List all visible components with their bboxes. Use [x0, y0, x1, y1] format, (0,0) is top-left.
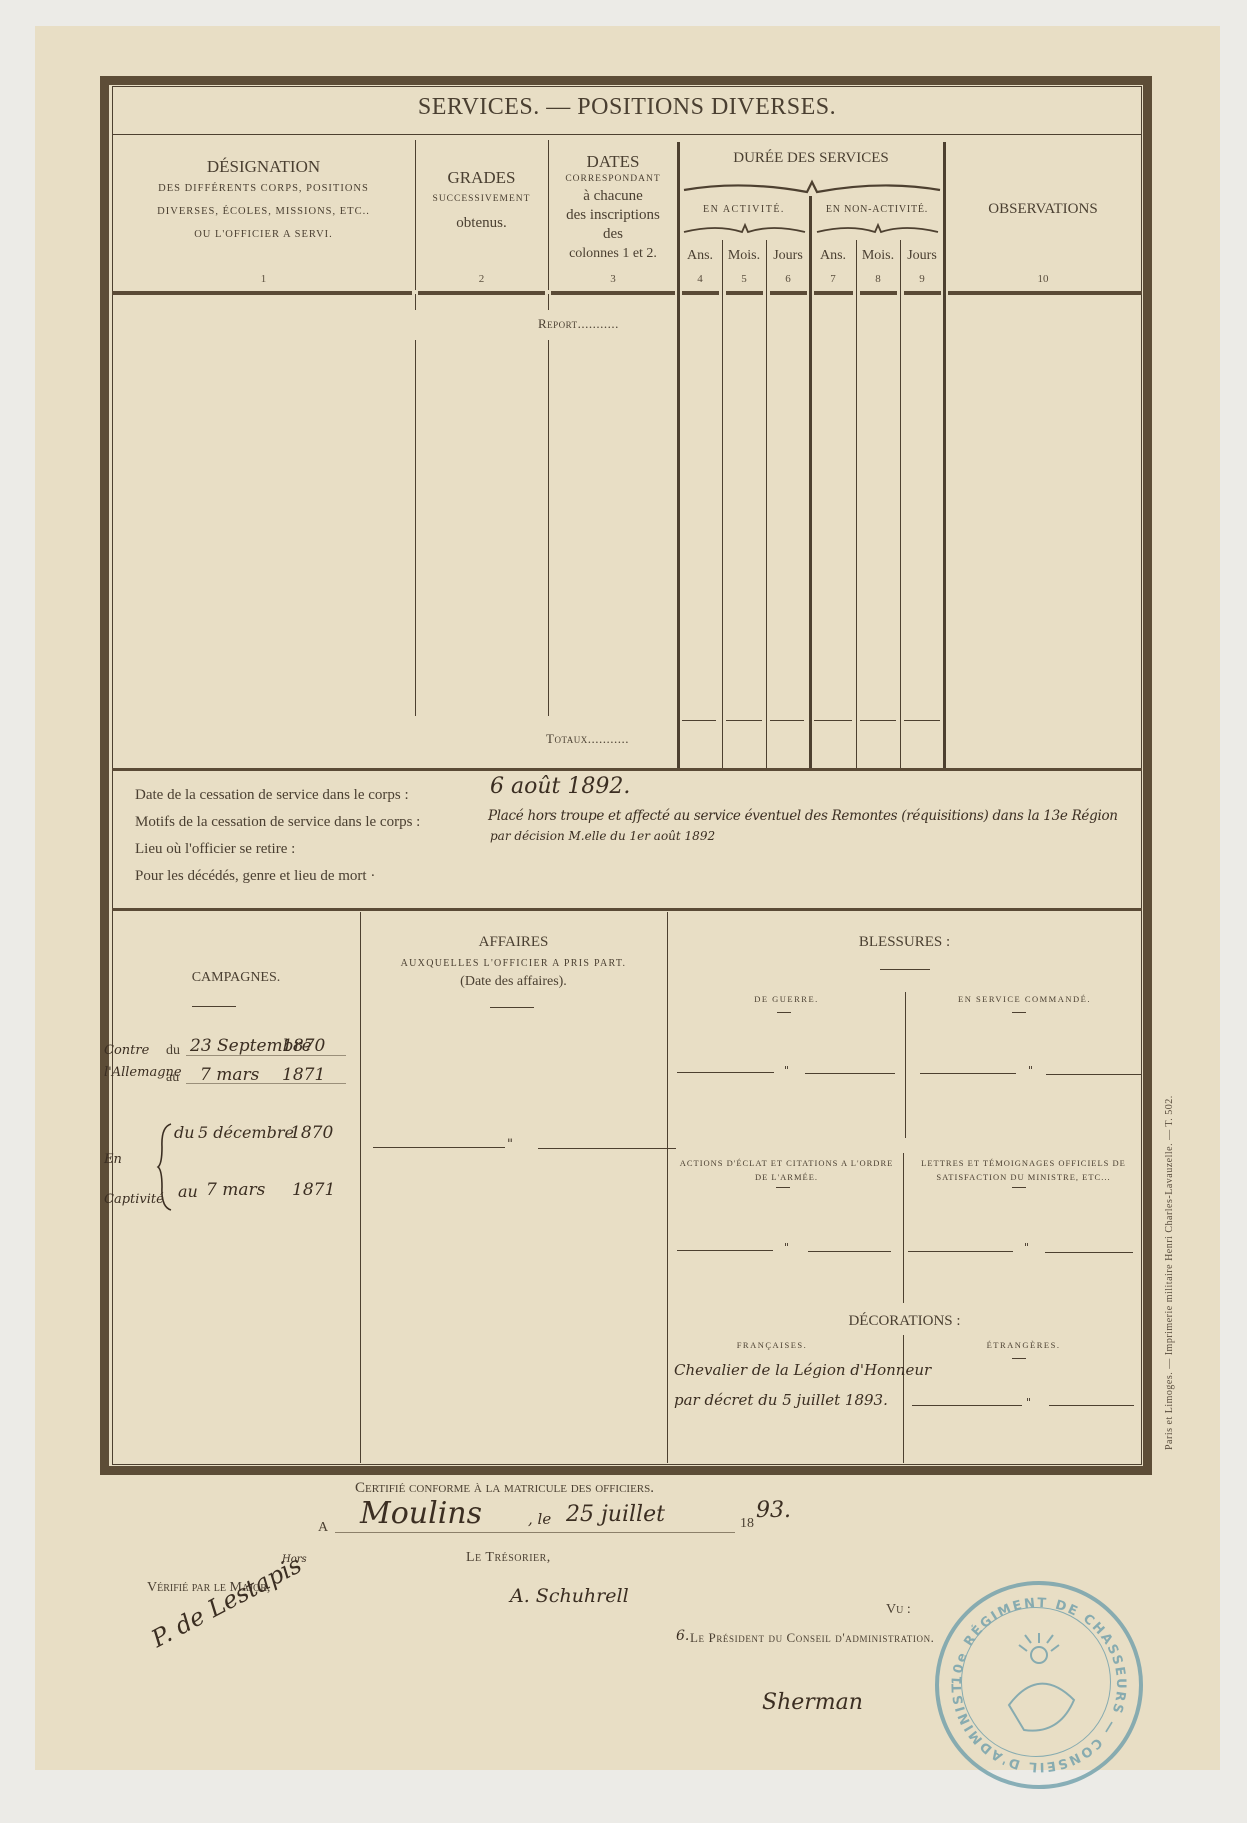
de-guerre-rule	[777, 1012, 791, 1013]
campagne-1-from-prefix: du	[166, 1043, 180, 1059]
de-guerre-rule-right	[805, 1073, 895, 1074]
sub-col-ans-2: Ans.	[810, 248, 856, 264]
year-suffix: 93.	[756, 1498, 791, 1523]
affaires-note: (Date des affaires).	[360, 974, 667, 990]
affaires-ditto-value: "	[507, 1137, 513, 1152]
col-divider-2-3-header	[548, 140, 549, 290]
col-num-2: 2	[415, 273, 548, 285]
campagnes-title-rule	[192, 1006, 236, 1007]
col-num-5: 5	[722, 273, 766, 285]
campagne-2-to-prefix: au	[178, 1182, 198, 1201]
col3-line4: des	[548, 225, 678, 244]
lettres-label-2: satisfaction du ministre, etc...	[905, 1170, 1142, 1184]
en-activite-label: EN ACTIVITÉ.	[678, 204, 810, 215]
affaires-blessures-divider	[667, 912, 668, 1463]
sub-col-mois-1: Mois.	[722, 248, 766, 264]
blessures-title: BLESSURES :	[667, 934, 1142, 951]
total-rule-8	[860, 720, 896, 721]
campagne-1-to-prefix: au	[166, 1070, 179, 1086]
activite-brace-icon	[682, 222, 807, 236]
sub-col-ans-1: Ans.	[678, 248, 722, 264]
de-guerre-ditto-value: "	[784, 1064, 789, 1077]
svg-text:10e RÉGIMENT DE CHASSEURS — CO: 10e RÉGIMENT DE CHASSEURS — CONSEIL D'AD…	[939, 1585, 1128, 1774]
president-signature: Sherman	[762, 1690, 863, 1715]
campagnes-affaires-divider	[360, 912, 361, 1463]
col-num-9: 9	[900, 273, 944, 285]
total-rule-5	[726, 720, 762, 721]
col-divider-5-6	[766, 240, 767, 768]
actions-eclat-rule-left	[677, 1250, 773, 1251]
col2-line1: successivement	[415, 188, 548, 211]
duree-brace-icon	[682, 176, 942, 196]
service-commande-rule-right	[1046, 1074, 1142, 1075]
en-non-activite-label: EN NON-ACTIVITÉ.	[810, 204, 944, 215]
header-col3: DATES correspondant à chacune des inscri…	[548, 152, 678, 263]
affaires-rule-right	[538, 1148, 668, 1149]
service-commande-rule	[1012, 1012, 1026, 1013]
col3-line5: colonnes 1 et 2.	[548, 244, 678, 263]
col-divider-2-3-top	[548, 294, 549, 310]
actions-eclat-label: actions d'éclat et citations a l'ordre d…	[670, 1156, 903, 1184]
lettres-rule	[1012, 1187, 1026, 1188]
col-divider-2-3	[548, 340, 549, 716]
header-rule-4	[682, 291, 719, 295]
lettres-label-1: lettres et témoignages officiels de	[905, 1156, 1142, 1170]
actions-eclat-label-2: de l'armée.	[670, 1170, 903, 1184]
place-value: Moulins	[360, 1496, 482, 1531]
etrangeres-rule-left	[912, 1405, 1022, 1406]
affaires-title-rule	[490, 1007, 534, 1008]
affaires-rule-left	[373, 1147, 505, 1148]
actions-eclat-rule	[776, 1187, 790, 1188]
de-guerre-rule-left	[677, 1072, 774, 1073]
decorations-title: DÉCORATIONS :	[667, 1313, 1142, 1330]
year-prefix: 18	[740, 1516, 754, 1532]
lettres-rule-left	[908, 1251, 1013, 1252]
blessures-service-commande-label: en service commandé.	[907, 994, 1142, 1004]
header-rule-1	[112, 291, 412, 295]
col-num-10: 10	[944, 273, 1142, 285]
col1-line3: ou l'officier a servi.	[112, 223, 415, 246]
header-rule-7	[814, 291, 853, 295]
regiment-stamp-icon: 10e RÉGIMENT DE CHASSEURS — CONSEIL D'AD…	[935, 1581, 1143, 1789]
non-activite-brace-icon	[815, 222, 940, 236]
campagne-2-to: 7 mars	[206, 1180, 265, 1200]
certifie-text: Certifié conforme à la matricule des off…	[355, 1480, 654, 1497]
total-rule-7	[814, 720, 852, 721]
place-date-rule	[335, 1532, 735, 1533]
sub-col-mois-2: Mois.	[856, 248, 900, 264]
decorations-francaises-label: françaises.	[697, 1340, 847, 1350]
date-le: , le	[528, 1510, 551, 1528]
blessures-de-guerre-label: de guerre.	[670, 994, 903, 1004]
totaux-label: Totaux...........	[546, 731, 629, 747]
lettres-ditto-value: "	[1024, 1241, 1029, 1254]
campagne-2-from-prefix: du	[174, 1123, 195, 1142]
campagne-2-from: 5 décembre	[198, 1123, 294, 1142]
col1-line1: des différents corps, positions	[112, 177, 415, 200]
col2-title: GRADES	[415, 168, 548, 188]
actions-eclat-rule-right	[808, 1251, 891, 1252]
blessures-mid-divider-top	[905, 992, 906, 1138]
col-num-8: 8	[856, 273, 900, 285]
actions-eclat-ditto-value: "	[784, 1241, 789, 1254]
decorations-etrangeres-label: étrangères.	[905, 1340, 1142, 1350]
col3-title: DATES	[548, 152, 678, 172]
header-rule-8	[860, 291, 897, 295]
president-label: Le Président du Conseil d'administration…	[690, 1630, 935, 1646]
etrangeres-rule	[1012, 1358, 1026, 1359]
total-rule-6	[770, 720, 804, 721]
col-divider-9-10	[943, 142, 946, 768]
sub-col-jours-2: Jours	[900, 248, 944, 264]
tresorier-signature: A. Schuhrell	[510, 1585, 629, 1607]
report-label: Report...........	[538, 316, 619, 332]
cessation-bottom-rule	[112, 908, 1142, 911]
cessation-lieu-label: Lieu où l'officier se retire :	[135, 841, 295, 858]
vu-label: Vu :	[886, 1602, 911, 1618]
cessation-motifs-value: Placé hors troupe et affecté au service …	[488, 808, 1118, 824]
col-divider-1-2-top	[415, 294, 416, 310]
page-title: SERVICES. — POSITIONS DIVERSES.	[112, 94, 1142, 121]
header-rule-9	[904, 291, 941, 295]
campagne-2-from-year: 1870	[290, 1123, 333, 1143]
decorations-francaises-value-2: par décret du 5 juillet 1893.	[674, 1391, 888, 1409]
decorations-francaises-value-1: Chevalier de la Légion d'Honneur	[674, 1361, 931, 1379]
col3-line3: des inscriptions	[548, 206, 678, 225]
stamp-text: 10e RÉGIMENT DE CHASSEURS — CONSEIL D'AD…	[939, 1585, 1128, 1774]
lettres-rule-right	[1045, 1252, 1133, 1253]
col-divider-3-4	[677, 142, 680, 768]
header-rule-5	[726, 291, 763, 295]
col-num-3: 3	[548, 273, 678, 285]
col3-line1: correspondant	[548, 172, 678, 187]
campagne-2-brace-icon	[156, 1122, 174, 1212]
printer-imprint: Paris et Limoges. — Imprimerie militaire…	[1164, 1095, 1175, 1450]
cessation-deces-label: Pour les décédés, genre et lieu de mort …	[135, 868, 375, 885]
blessures-tick	[660, 1148, 676, 1149]
observations-title: OBSERVATIONS	[944, 201, 1142, 218]
campagne-1-to-rule	[186, 1083, 346, 1084]
decorations-mid-divider	[903, 1335, 904, 1463]
affaires-subtitle: auxquelles l'officier a pris part.	[360, 958, 667, 969]
tresorier-label: Le Trésorier,	[466, 1550, 551, 1566]
col-divider-1-2-header	[415, 140, 416, 290]
header-rule-10	[948, 291, 1142, 295]
blessures-title-rule	[880, 969, 930, 970]
campagnes-title: CAMPAGNES.	[112, 970, 360, 986]
title-divider	[112, 134, 1142, 135]
col-num-6: 6	[766, 273, 810, 285]
lettres-label: lettres et témoignages officiels de sati…	[905, 1156, 1142, 1184]
header-rule-6	[770, 291, 807, 295]
cessation-motifs-value-2: par décision M.elle du 1er août 1892	[490, 829, 715, 843]
actions-eclat-label-1: actions d'éclat et citations a l'ordre	[670, 1156, 903, 1170]
col-divider-6-7	[809, 196, 812, 768]
duree-title: DURÉE DES SERVICES	[678, 150, 944, 167]
affaires-title: AFFAIRES	[360, 934, 667, 951]
service-commande-rule-left	[920, 1073, 1016, 1074]
col-num-4: 4	[678, 273, 722, 285]
col-divider-1-2	[415, 340, 416, 716]
place-prefix: A	[318, 1520, 328, 1536]
col-num-7: 7	[810, 273, 856, 285]
etrangeres-rule-right	[1049, 1405, 1134, 1406]
campagne-1-from-year: 1870	[282, 1036, 325, 1056]
campagne-1-to: 7 mars	[200, 1065, 259, 1085]
header-col2: GRADES successivement obtenus.	[415, 168, 548, 233]
date-value: 25 juillet	[566, 1502, 665, 1527]
blessures-mid-divider-bottom	[903, 1153, 904, 1303]
stamp-emblem-icon: 10e RÉGIMENT DE CHASSEURS — CONSEIL D'AD…	[939, 1585, 1139, 1785]
campagne-1-label: Contre l'Allemagne	[104, 1040, 164, 1084]
col-divider-7-8	[856, 240, 857, 768]
campagne-1-from-rule	[186, 1055, 346, 1056]
campagne-2-to-year: 1871	[292, 1180, 335, 1200]
col2-line2: obtenus.	[415, 214, 548, 233]
header-col1: DÉSIGNATION des différents corps, positi…	[112, 157, 415, 246]
service-commande-ditto-value: "	[1028, 1064, 1033, 1077]
col-num-1: 1	[112, 273, 415, 285]
etrangeres-ditto-value: "	[1026, 1396, 1031, 1409]
cessation-date-value: 6 août 1892.	[490, 774, 630, 799]
campagne-1-to-year: 1871	[282, 1065, 325, 1085]
sub-col-jours-1: Jours	[766, 248, 810, 264]
col1-line2: diverses, écoles, missions, etc..	[112, 200, 415, 223]
president-prefix: 6.	[676, 1628, 689, 1644]
total-rule-9	[904, 720, 940, 721]
col-divider-4-5	[722, 240, 723, 768]
cessation-date-label: Date de la cessation de service dans le …	[135, 787, 409, 804]
header-rule-3	[551, 291, 675, 295]
cessation-motifs-label: Motifs de la cessation de service dans l…	[135, 814, 420, 831]
total-rule-4	[682, 720, 716, 721]
header-rule-2	[418, 291, 545, 295]
cessation-top-rule	[112, 768, 1142, 771]
col3-line2: à chacune	[548, 187, 678, 206]
col-divider-8-9	[900, 240, 901, 768]
col1-title: DÉSIGNATION	[112, 157, 415, 177]
